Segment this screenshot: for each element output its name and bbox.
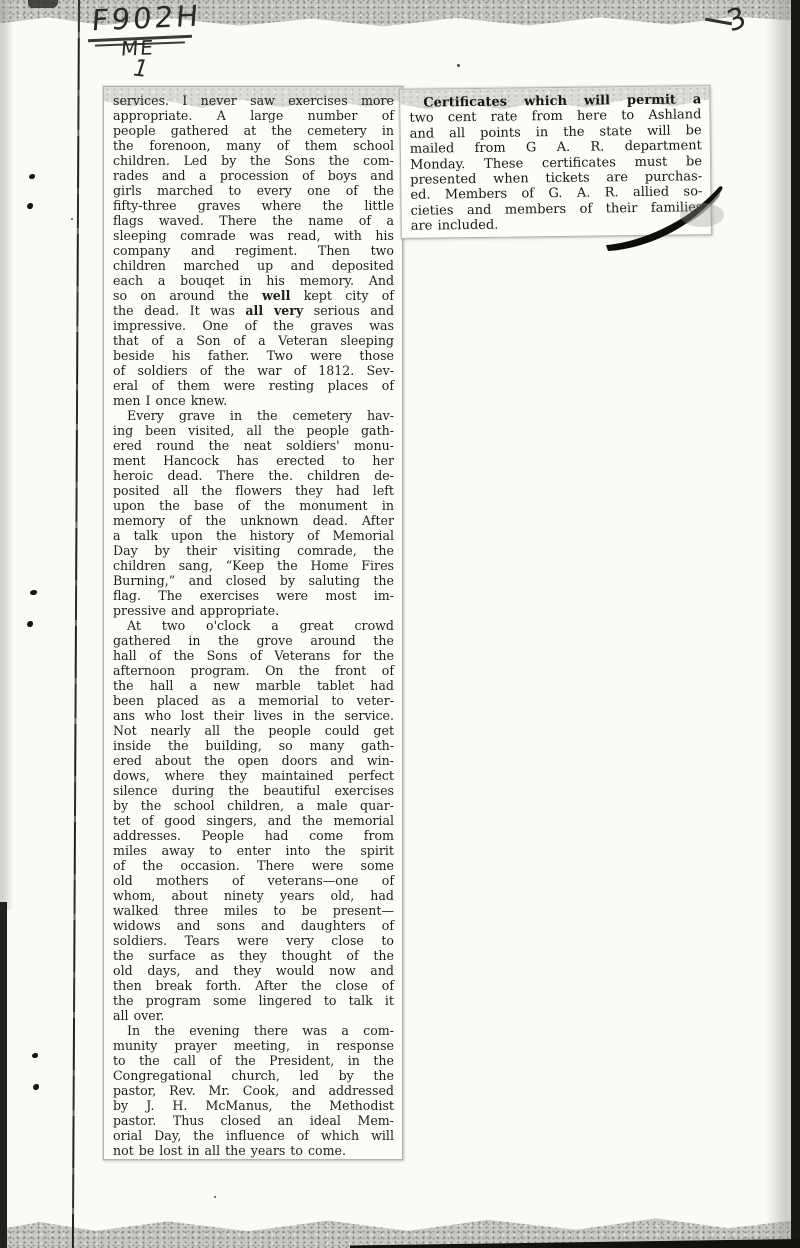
- clipping-text-line: old days, and they would now and: [113, 963, 394, 978]
- clipping-paragraph: At two o'clock a great crowdgathered in …: [113, 618, 394, 1023]
- clipping-text-line: to the call of the President, in the: [113, 1053, 394, 1068]
- clipping-text-line: whom, about ninety years old, had: [113, 888, 394, 903]
- ink-swoosh-mark: [598, 181, 726, 253]
- clipping-text-line: then break forth. After the close of: [113, 978, 394, 993]
- clipping-text-line: impressive. One of the graves was: [113, 318, 394, 333]
- clipping-text-line: Day by their visiting comrade, the: [113, 543, 394, 558]
- clipping-text-line: not be lost in all the years to come.: [113, 1143, 394, 1158]
- clipping-text-line: pressive and appropriate.: [113, 603, 394, 618]
- clipping-text-line: the hall a new marble tablet had: [113, 678, 394, 693]
- clipping-text-line: children marched up and deposited: [113, 258, 394, 273]
- clipping-text-line: children. Led by the Sons the com-: [113, 153, 394, 168]
- clipping-text-line: Congregational church, led by the: [113, 1068, 394, 1083]
- clipping-text-line: ered about the open doors and win-: [113, 753, 394, 768]
- clipping-text-line: soldiers. Tears were very close to: [113, 933, 394, 948]
- clipping-text-line: flags waved. There the name of a: [113, 213, 394, 228]
- clipping-text-line: ing been visited, all the people gath-: [113, 423, 394, 438]
- clipping-text-line: tet of good singers, and the memorial: [113, 813, 394, 828]
- clipping-text-line: dows, where they maintained perfect: [113, 768, 394, 783]
- clipping-text-line: so on around the well kept city of: [113, 288, 394, 303]
- scan-smudge: [28, 0, 58, 8]
- scan-edge-right-shadow: [766, 0, 791, 1248]
- clipping-text-line: fifty-three graves where the little: [113, 198, 394, 213]
- scan-edge-left-shadow: [0, 0, 14, 910]
- clipping-text-line: flag. The exercises were most im-: [113, 588, 394, 603]
- clipping-text-line: In the evening there was a com-: [113, 1023, 394, 1038]
- clipping-text-line: each a bouqet in his memory. And: [113, 273, 394, 288]
- clipping-text-line: pastor. Thus closed an ideal Mem-: [113, 1113, 394, 1128]
- clipping-text-line: heroic dead. There the. children de-: [113, 468, 394, 483]
- ink-dot: [32, 1053, 38, 1058]
- speck: [71, 218, 73, 220]
- clipping-paragraph: In the evening there was a com-munity pr…: [113, 1023, 394, 1158]
- clipping-text-line: posited all the flowers they had left: [113, 483, 394, 498]
- clipping-text-line: orial Day, the influence of which will: [113, 1128, 394, 1143]
- scan-edge-right: [791, 0, 800, 1248]
- clipping-text-line: appropriate. A large number of: [113, 108, 394, 123]
- clipping-paragraph: services. I never saw exercises moreappr…: [113, 93, 394, 408]
- clipping-text-line: silence during the beautiful exercises: [113, 783, 394, 798]
- clipping-text-line: At two o'clock a great crowd: [113, 618, 394, 633]
- clipping-text-line: the dead. It was all very serious and: [113, 303, 394, 318]
- clipping-text-line: beside his father. Two were those: [113, 348, 394, 363]
- clipping-text-line: of the occasion. There were some: [113, 858, 394, 873]
- clipping-text-line: hall of the Sons of Veterans for the: [113, 648, 394, 663]
- clipping-text-line: memory of the unknown dead. After: [113, 513, 394, 528]
- clipping-text-line: the forenoon, many of them school: [113, 138, 394, 153]
- clipping-text-line: children sang, “Keep the Home Fires: [113, 558, 394, 573]
- clipping-text-line: upon the base of the monument in: [113, 498, 394, 513]
- clipping-text-line: rades and a procession of boys and: [113, 168, 394, 183]
- clipping-text-line: ans who lost their lives in the service.: [113, 708, 394, 723]
- ink-dot: [30, 590, 37, 595]
- clipping-text-line: afternoon program. On the front of: [113, 663, 394, 678]
- ink-dot: [27, 203, 33, 209]
- clipping-text-line: by J. H. McManus, the Methodist: [113, 1098, 394, 1113]
- clipping-text-line: munity prayer meeting, in response: [113, 1038, 394, 1053]
- clipping-text-line: old mothers of veterans—one of: [113, 873, 394, 888]
- clipping-text-line: widows and sons and daughters of: [113, 918, 394, 933]
- clipping-text-line: people gathered at the cemetery in: [113, 123, 394, 138]
- clipping-text-line: a talk upon the history of Memorial: [113, 528, 394, 543]
- newspaper-clipping-left: services. I never saw exercises moreappr…: [103, 86, 403, 1160]
- speck: [457, 64, 460, 67]
- clipping-text-line: men I once knew.: [113, 393, 394, 408]
- clipping-text-line: Burning,” and closed by saluting the: [113, 573, 394, 588]
- page-fold-line: [72, 0, 80, 1248]
- clipping-text-line: the program some lingered to talk it: [113, 993, 394, 1008]
- clipping-text-line: by the school children, a male quar-: [113, 798, 394, 813]
- clipping-text-line: services. I never saw exercises more: [113, 93, 394, 108]
- clipping-left-text: services. I never saw exercises moreappr…: [113, 93, 394, 1158]
- clipping-text-line: that of a Son of a Veteran sleeping: [113, 333, 394, 348]
- clipping-text-line: been placed as a memorial to veter-: [113, 693, 394, 708]
- clipping-text-line: girls marched to every one of the: [113, 183, 394, 198]
- ink-dot: [29, 174, 35, 179]
- clipping-text-line: pastor, Rev. Mr. Cook, and addressed: [113, 1083, 394, 1098]
- speck: [214, 1196, 216, 1198]
- scan-edge-left: [0, 902, 7, 1248]
- clipping-text-line: sleeping comrade was read, with his: [113, 228, 394, 243]
- clipping-text-line: all over.: [113, 1008, 394, 1023]
- clipping-text-line: walked three miles to be present—: [113, 903, 394, 918]
- clipping-text-line: Every grave in the cemetery hav-: [113, 408, 394, 423]
- clipping-text-line: addresses. People had come from: [113, 828, 394, 843]
- ink-dot: [27, 621, 33, 627]
- clipping-text-line: inside the building, so many gath-: [113, 738, 394, 753]
- clipping-paragraph: Every grave in the cemetery hav-ing been…: [113, 408, 394, 618]
- clipping-text-line: of soldiers of the war of 1812. Sev-: [113, 363, 394, 378]
- clipping-text-line: eral of them were resting places of: [113, 378, 394, 393]
- ink-dot: [33, 1084, 39, 1090]
- clipping-text-line: gathered in the grove around the: [113, 633, 394, 648]
- clipping-text-line: the surface as they thought of the: [113, 948, 394, 963]
- clipping-text-line: miles away to enter into the spirit: [113, 843, 394, 858]
- clipping-text-line: ment Hancock has erected to her: [113, 453, 394, 468]
- clipping-text-line: company and regiment. Then two: [113, 243, 394, 258]
- handwritten-archive-code: F902H: [90, 0, 202, 37]
- clipping-text-line: ered round the neat soldiers' monu-: [113, 438, 394, 453]
- clipping-text-line: Not nearly all the people could get: [113, 723, 394, 738]
